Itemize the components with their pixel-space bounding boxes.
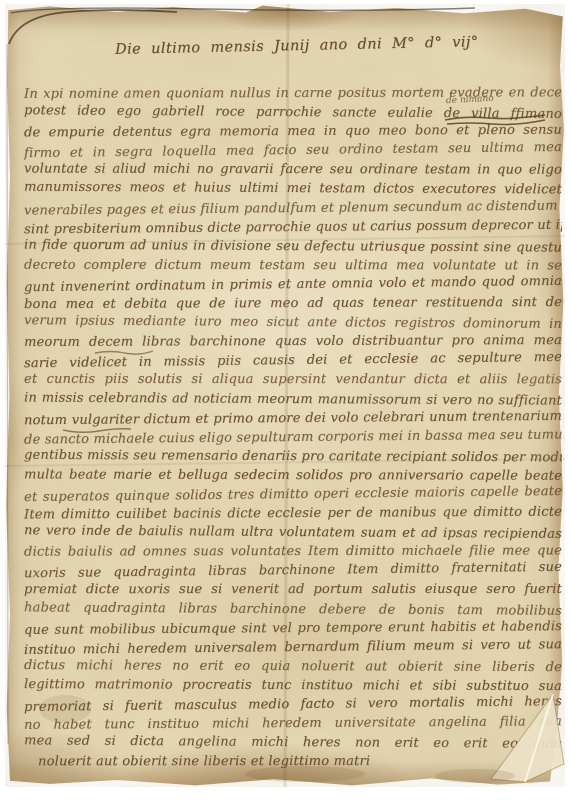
manuscript-line: voluntate si aliud michi no gravarii fac… [24,160,562,180]
left-edge-shadow-line [7,44,8,744]
manuscript-line: gentibus missis seu remensario denariis … [24,445,562,467]
manuscript-line: noluerit aut obierit sine liberis et leg… [24,752,562,772]
manuscript-line: premiat dicte uxoris sue si venerit ad p… [24,580,562,599]
manuscript-body: In xpi nomine amen quoniam nullus in car… [24,84,562,771]
manuscript-line: mea sed si dicta angelina michi heres no… [24,731,562,754]
manuscript-line: et cunctis piis solutis si aliqua supers… [24,370,562,390]
manuscript-line: dictus michi heres no erit eo quia nolue… [24,656,562,677]
manuscript-line: in fide quorum ad unius in divisione seu… [24,235,562,257]
